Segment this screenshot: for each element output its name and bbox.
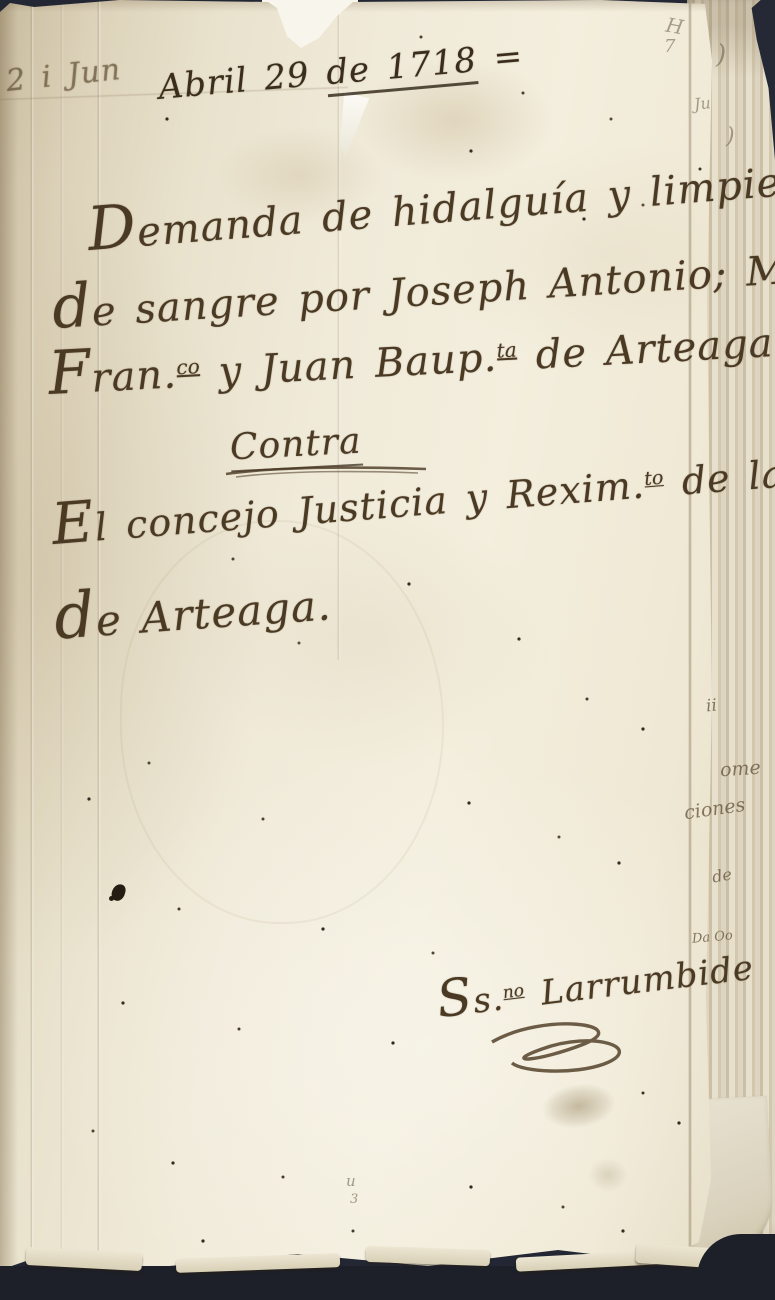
edge-text-fragment: ii	[705, 696, 718, 717]
faint-corner-mark: Ju	[693, 93, 712, 114]
abbrev-regimiento-sup: to	[643, 467, 664, 490]
manuscript-scan: 2 i Jun Abril 29 de 1718 = Demanda de hi…	[0, 0, 775, 1300]
fold-line	[30, 0, 34, 1276]
ink-blot	[109, 896, 114, 901]
faint-bottom-mark: u	[346, 1172, 356, 1190]
contra-heading: Contra	[229, 425, 362, 466]
abbrev-escribano-sup: no	[502, 981, 525, 1003]
abbrev-francisco-sup: co	[176, 354, 200, 379]
abbrev-bautista-sup: ta	[496, 338, 517, 363]
left-edge-shading	[0, 0, 18, 1276]
paper-specks	[0, 0, 2, 2]
edge-text-fragment: de	[711, 864, 734, 886]
scanner-background	[0, 1266, 775, 1300]
torn-edge-flap	[366, 1246, 490, 1266]
faint-corner-mark: )	[716, 40, 726, 70]
faint-bottom-mark: 3	[350, 1192, 358, 1207]
faint-corner-mark: 7	[664, 36, 675, 57]
stain	[588, 1158, 628, 1192]
abbrev-francisco: Fran.	[48, 351, 178, 404]
faint-corner-mark: )	[726, 124, 735, 149]
abbrev-villa: de la V.	[662, 447, 775, 505]
signature-rubric-flourish	[482, 1018, 658, 1078]
date-suffix: =	[475, 36, 525, 80]
edge-text-fragment: ome	[719, 757, 761, 782]
